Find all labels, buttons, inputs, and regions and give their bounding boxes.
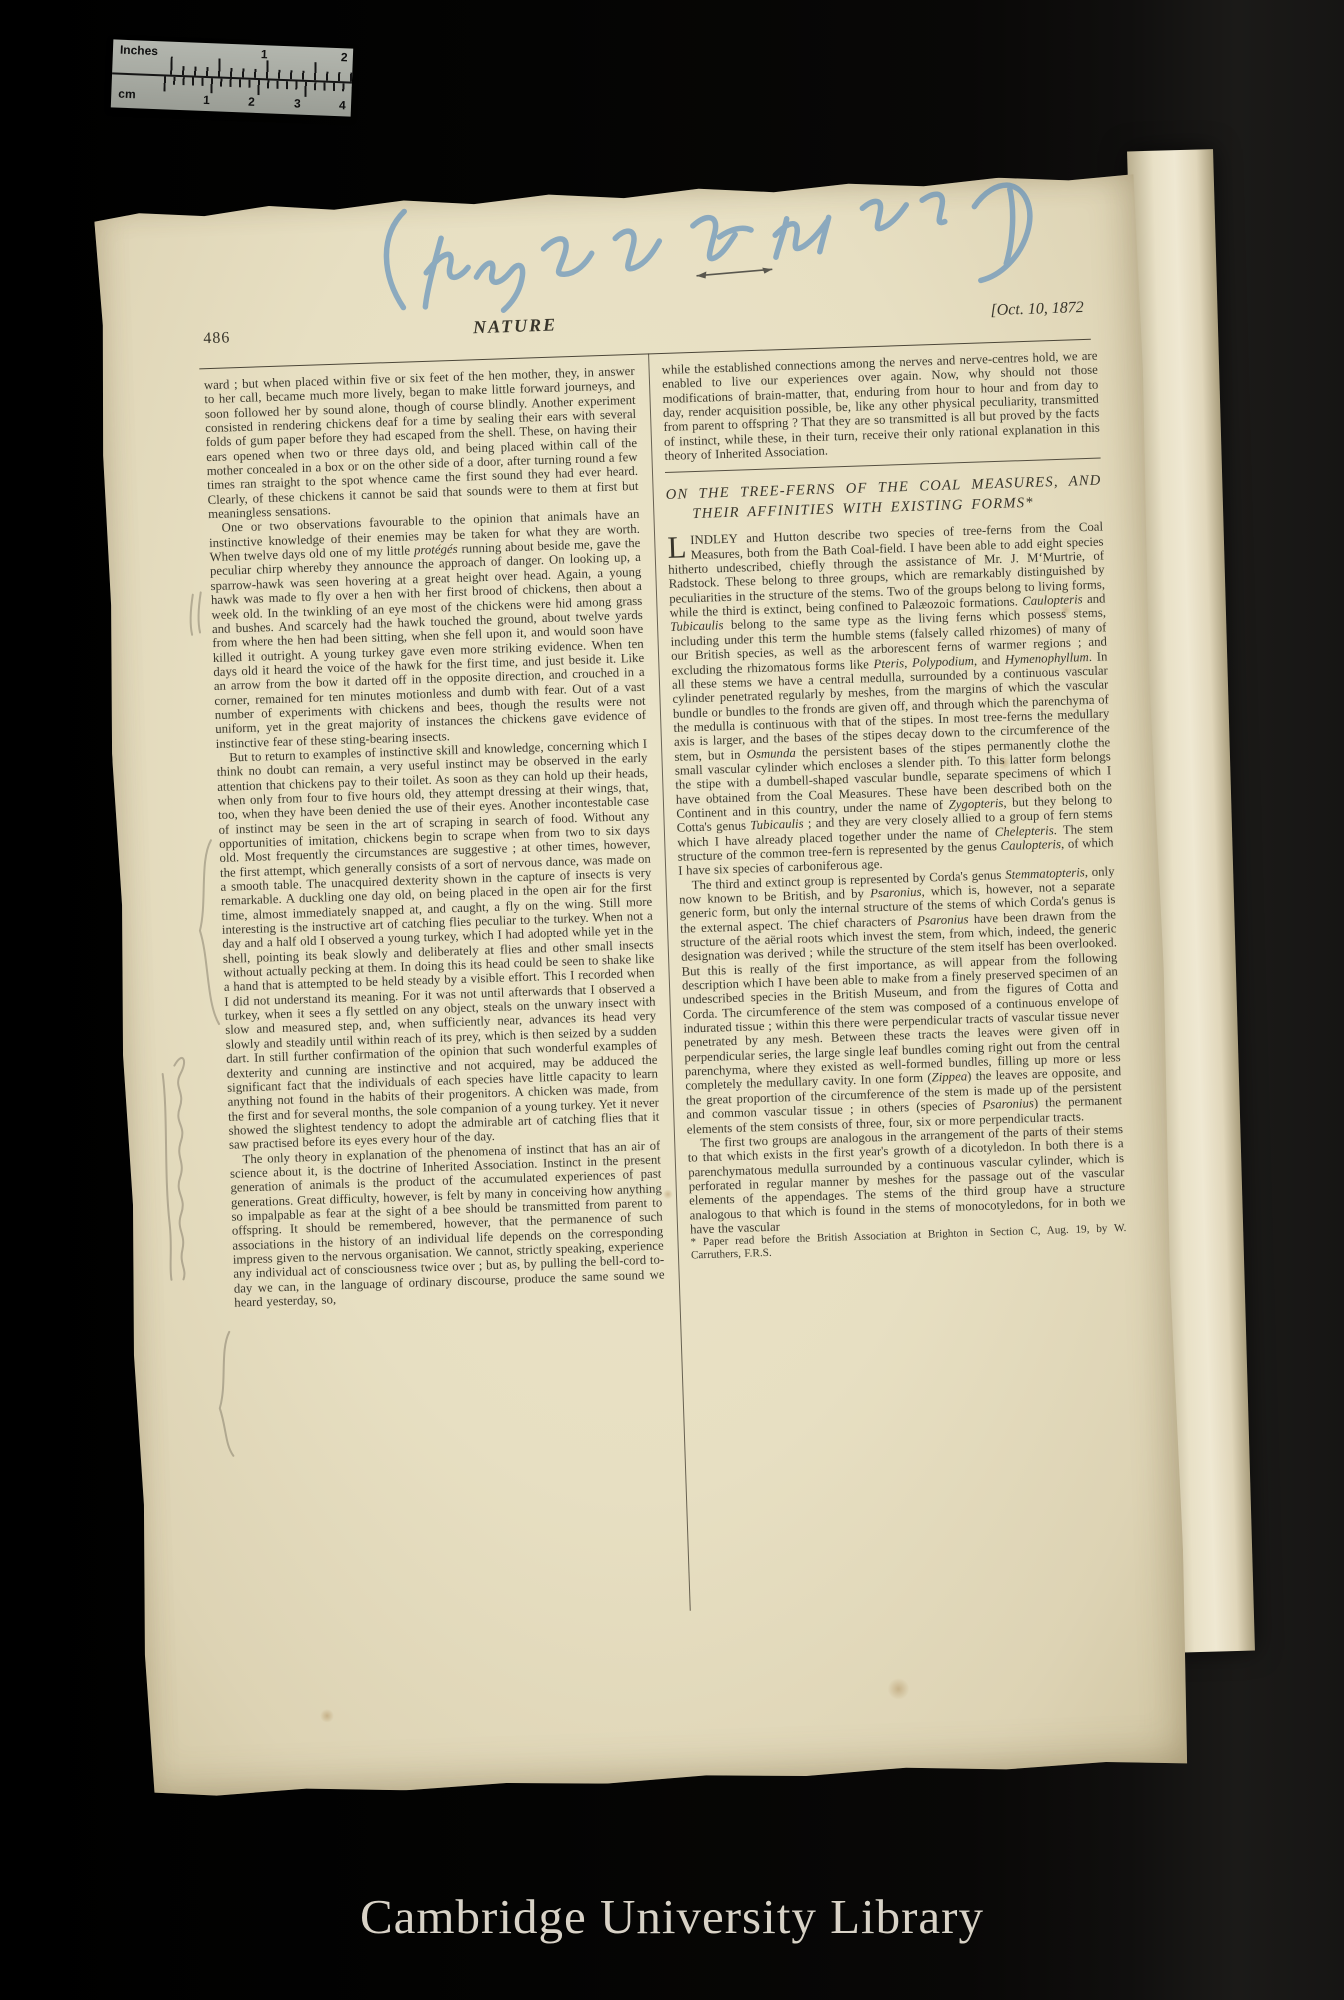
library-watermark: Cambridge University Library <box>0 1888 1344 1945</box>
drop-cap: L <box>667 534 691 561</box>
foxing-spot <box>320 1709 334 1723</box>
right-column: while the established connections among … <box>661 349 1139 1631</box>
ruler-inches-label: Inches <box>120 43 159 58</box>
pencil-transcription: [illegible pencil marginalia] <box>94 206 95 207</box>
journal-page: Keep [illegible blue pencil] <box>94 171 1191 1800</box>
handwriting-transcription: Keep [illegible blue pencil] <box>94 206 95 207</box>
handwriting-strokes <box>362 174 1056 319</box>
ruler-inch-number: 2 <box>341 50 348 64</box>
ruler-cm-number: 1 <box>203 93 210 107</box>
article-title: ON THE TREE-FERNS OF THE COAL MEASURES, … <box>665 472 1102 525</box>
left-column: ward ; but when placed within five or si… <box>204 364 676 1632</box>
ruler-cm-number: 2 <box>248 95 255 109</box>
body-paragraph: The third and extinct group is represent… <box>678 864 1122 1137</box>
ruler-cm-number: 4 <box>339 98 346 112</box>
body-paragraph: But to return to examples of instinctive… <box>216 737 660 1153</box>
body-paragraph: The only theory in explanation of the ph… <box>229 1138 665 1310</box>
issue-date: [Oct. 10, 1872 <box>884 299 1084 324</box>
foxing-spot <box>887 1678 910 1701</box>
journal-title: NATURE <box>415 313 616 341</box>
body-paragraph: The first two groups are analogous in th… <box>687 1122 1126 1237</box>
ruler-cm-number: 3 <box>294 96 301 110</box>
ruler-inch-number: 1 <box>261 47 268 61</box>
page-number: 486 <box>203 329 231 348</box>
ruler-cm-label: cm <box>118 87 136 102</box>
body-paragraph: One or two observations favourable to th… <box>208 507 646 751</box>
handwritten-annotation: Keep [illegible blue pencil] <box>94 171 1138 206</box>
foxing-spot <box>663 1189 673 1199</box>
body-paragraph: ward ; but when placed within five or si… <box>204 364 640 522</box>
scan-background: Inches 1 2 cm 1 2 3 4 5 Keep [illegible <box>0 0 1344 2000</box>
body-paragraph: while the established connections among … <box>661 349 1100 464</box>
article-text: INDLEY and Hutton describe two species o… <box>668 520 1114 878</box>
reference-ruler: Inches 1 2 cm 1 2 3 4 5 <box>111 39 353 116</box>
body-paragraph: LINDLEY and Hutton describe two species … <box>667 520 1114 879</box>
